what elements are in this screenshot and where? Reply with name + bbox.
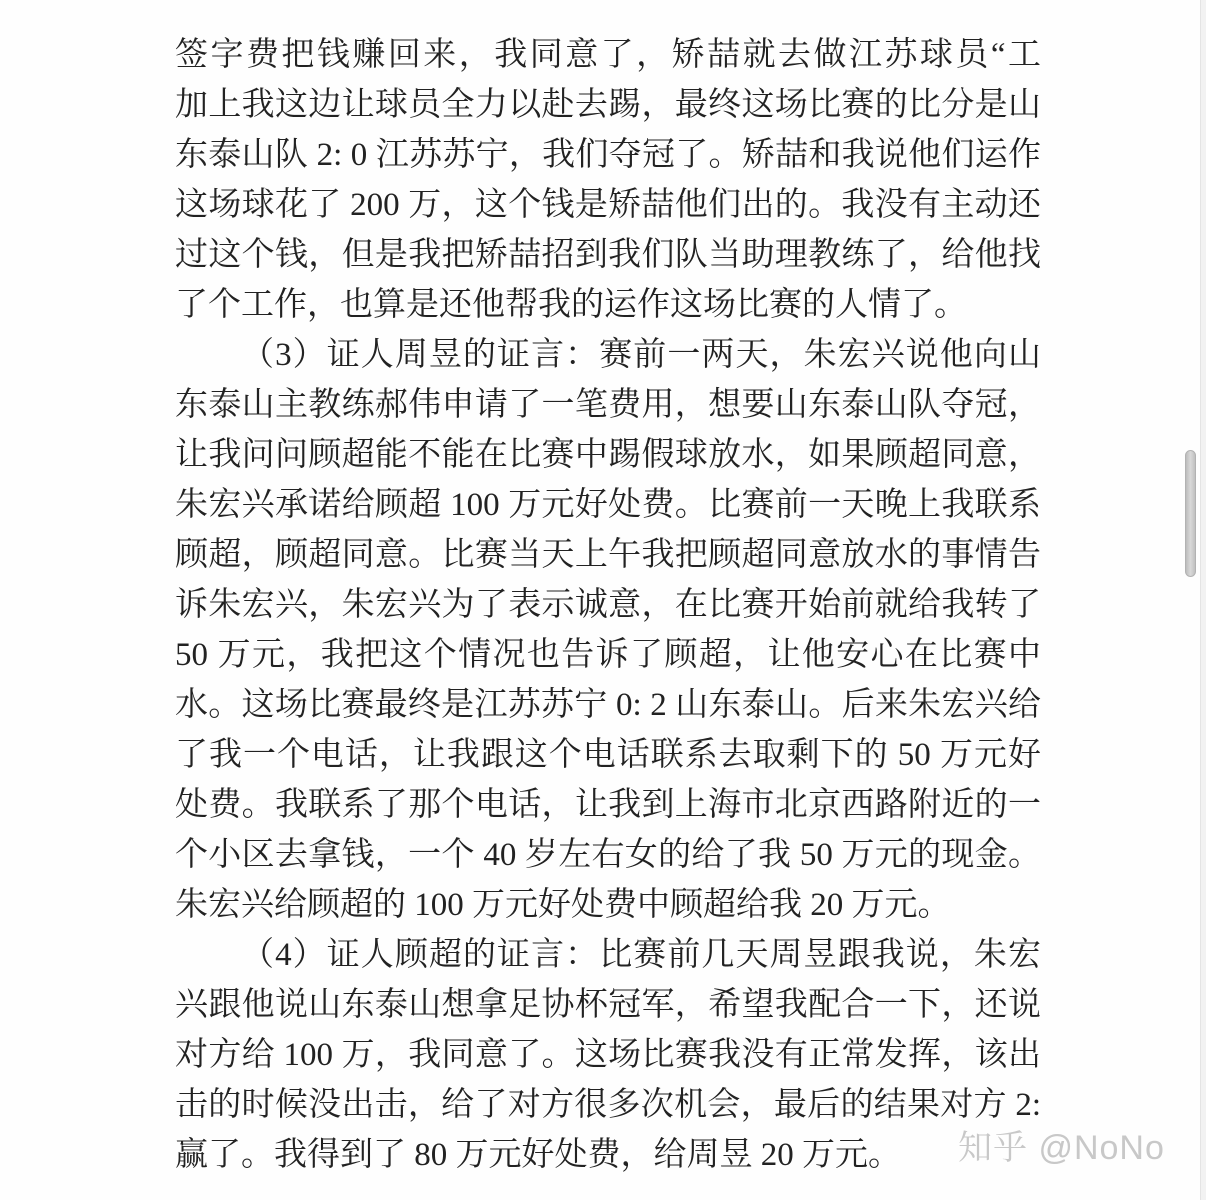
text-line: 击的时候没出击，给了对方很多次机会，最后的结果对方 2: 0 xyxy=(175,1080,1041,1130)
text-line: 了我一个电话，让我跟这个电话联系去取剩下的 50 万元好 xyxy=(175,730,1041,780)
text-line: 50 万元，我把这个情况也告诉了顾超，让他安心在比赛中放 xyxy=(175,630,1041,680)
text-line: 个小区去拿钱，一个 40 岁左右女的给了我 50 万元的现金。 xyxy=(175,830,1041,880)
text-line: 兴跟他说山东泰山想拿足协杯冠军，希望我配合一下，还说 xyxy=(175,980,1041,1030)
document-text: 签字费把钱赚回来，我同意了，矫喆就去做江苏球员“工作”，加上我这边让球员全力以赴… xyxy=(175,30,1041,1180)
text-line: 东泰山队 2: 0 江苏苏宁，我们夺冠了。矫喆和我说他们运作 xyxy=(175,130,1041,180)
text-line: 让我问问顾超能不能在比赛中踢假球放水，如果顾超同意， xyxy=(175,430,1041,480)
text-line: 对方给 100 万，我同意了。这场比赛我没有正常发挥，该出 xyxy=(175,1030,1041,1080)
text-line: 诉朱宏兴，朱宏兴为了表示诚意，在比赛开始前就给我转了 xyxy=(175,580,1041,630)
text-line: 朱宏兴给顾超的 100 万元好处费中顾超给我 20 万元。 xyxy=(175,880,1041,930)
document-page: 签字费把钱赚回来，我同意了，矫喆就去做江苏球员“工作”，加上我这边让球员全力以赴… xyxy=(0,0,1206,1200)
watermark: 知乎 @NoNo xyxy=(958,1128,1165,1168)
text-line: （3）证人周昱的证言：赛前一两天，朱宏兴说他向山 xyxy=(175,330,1041,380)
text-line: 签字费把钱赚回来，我同意了，矫喆就去做江苏球员“工作”， xyxy=(175,30,1041,80)
text-line: （4）证人顾超的证言：比赛前几天周昱跟我说，朱宏 xyxy=(175,930,1041,980)
text-line: 顾超，顾超同意。比赛当天上午我把顾超同意放水的事情告 xyxy=(175,530,1041,580)
text-line: 东泰山主教练郝伟申请了一笔费用，想要山东泰山队夺冠， xyxy=(175,380,1041,430)
text-line: 了个工作，也算是还他帮我的运作这场比赛的人情了。 xyxy=(175,280,1041,330)
text-line: 水。这场比赛最终是江苏苏宁 0: 2 山东泰山。后来朱宏兴给 xyxy=(175,680,1041,730)
text-line: 赢了。我得到了 80 万元好处费，给周昱 20 万元。 xyxy=(175,1130,1041,1180)
text-line: 这场球花了 200 万，这个钱是矫喆他们出的。我没有主动还 xyxy=(175,180,1041,230)
scrollbar-thumb[interactable] xyxy=(1185,450,1196,577)
text-line: 朱宏兴承诺给顾超 100 万元好处费。比赛前一天晚上我联系 xyxy=(175,480,1041,530)
scrollbar-track[interactable] xyxy=(1201,0,1206,1200)
text-line: 加上我这边让球员全力以赴去踢，最终这场比赛的比分是山 xyxy=(175,80,1041,130)
text-line: 处费。我联系了那个电话，让我到上海市北京西路附近的一 xyxy=(175,780,1041,830)
text-line: 过这个钱，但是我把矫喆招到我们队当助理教练了，给他找 xyxy=(175,230,1041,280)
